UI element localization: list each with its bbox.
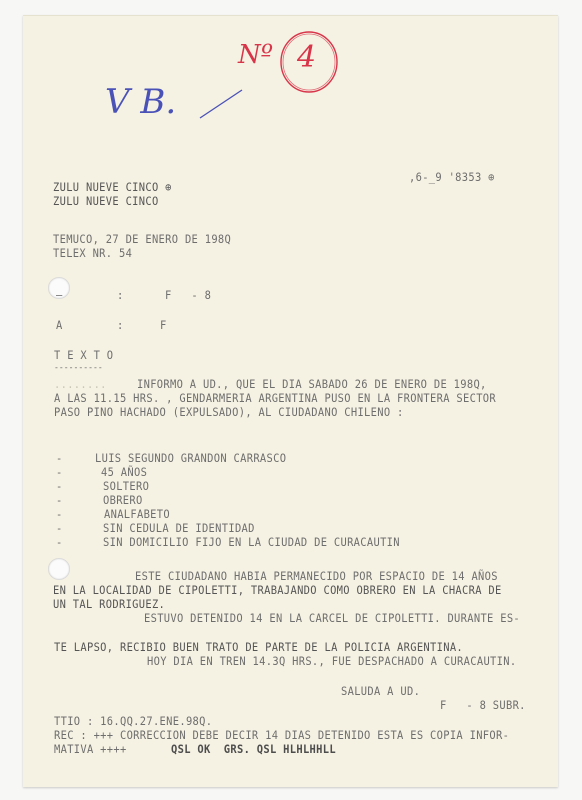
indent-dots: ........ [54, 377, 107, 391]
from-value: F - 8 [165, 288, 211, 302]
list-bullet: - [56, 451, 63, 465]
list-bullet: - [56, 465, 63, 479]
handwritten-vb: V B. [105, 82, 176, 122]
list-item: OBRERO [103, 493, 143, 507]
para4-line-1: HOY DIA EN TREN 14.3Q HRS., FUE DESPACHA… [147, 654, 516, 668]
to-value: F [160, 318, 167, 332]
list-item: 45 AÑOS [101, 465, 147, 479]
para2-line-1: ESTE CIUDADANO HABIA PERMANECIDO POR ESP… [135, 569, 498, 583]
list-item: SOLTERO [103, 479, 149, 493]
list-bullet: - [56, 535, 63, 549]
handwritten-number: 4 [297, 40, 316, 75]
list-item: SIN CEDULA DE IDENTIDAD [103, 521, 255, 535]
annotation-stroke [200, 90, 242, 118]
rec-line-1: REC : +++ CORRECCION DEBE DECIR 14 DIAS … [54, 728, 509, 742]
recipient-line-1: ZULU NUEVE CINCO ⊕ [53, 180, 172, 194]
intro-line-2: A LAS 11.15 HRS. , GENDARMERIA ARGENTINA… [54, 391, 496, 405]
closing: SALUDA A UD. [341, 684, 420, 698]
from-separator: : [117, 288, 124, 302]
telex-number: TELEX NR. 54 [53, 246, 132, 260]
para3-line-2: TE LAPSO, RECIBIO BUEN TRATO DE PARTE DE… [54, 640, 463, 654]
list-bullet: - [56, 493, 63, 507]
list-item: SIN DOMICILIO FIJO EN LA CIUDAD DE CURAC… [103, 535, 400, 549]
reference-code: ,6-_9 '8353 ⊕ [409, 170, 495, 184]
rec-line-2b: QSL OK GRS. QSL HLHLHHLL [171, 742, 336, 756]
list-bullet: - [56, 507, 63, 521]
to-label: A [56, 318, 63, 332]
list-bullet: - [56, 479, 63, 493]
to-separator: : [117, 318, 124, 332]
para2-line-3: UN TAL RODRIGUEZ. [53, 597, 165, 611]
rec-line-2a: MATIVA ++++ [54, 742, 127, 756]
punch-hole-bottom [48, 558, 70, 580]
from-label: – [56, 288, 63, 302]
place-date: TEMUCO, 27 DE ENERO DE 198Q [53, 232, 231, 246]
section-rule: ---------- [54, 361, 103, 375]
intro-line-3: PASO PINO HACHADO (EXPULSADO), AL CIUDAD… [54, 405, 404, 419]
list-bullet: - [56, 521, 63, 535]
signature: F - 8 SUBR. [440, 698, 526, 712]
section-title: T E X T O [54, 348, 113, 362]
para3-line-1: ESTUVO DETENIDO 14 EN LA CARCEL DE CIPOL… [144, 611, 520, 625]
ttio-line: TTIO : 16.QQ.27.ENE.98Q. [54, 714, 212, 728]
list-item: LUIS SEGUNDO GRANDON CARRASCO [95, 451, 286, 465]
list-item: ANALFABETO [104, 507, 170, 521]
para2-line-2: EN LA LOCALIDAD DE CIPOLETTI, TRABAJANDO… [53, 583, 502, 597]
recipient-line-2: ZULU NUEVE CINCO [53, 194, 159, 208]
intro-line-1: INFORMO A UD., QUE EL DIA SABADO 26 DE E… [137, 377, 487, 391]
handwritten-number-prefix: Nº [238, 40, 273, 70]
